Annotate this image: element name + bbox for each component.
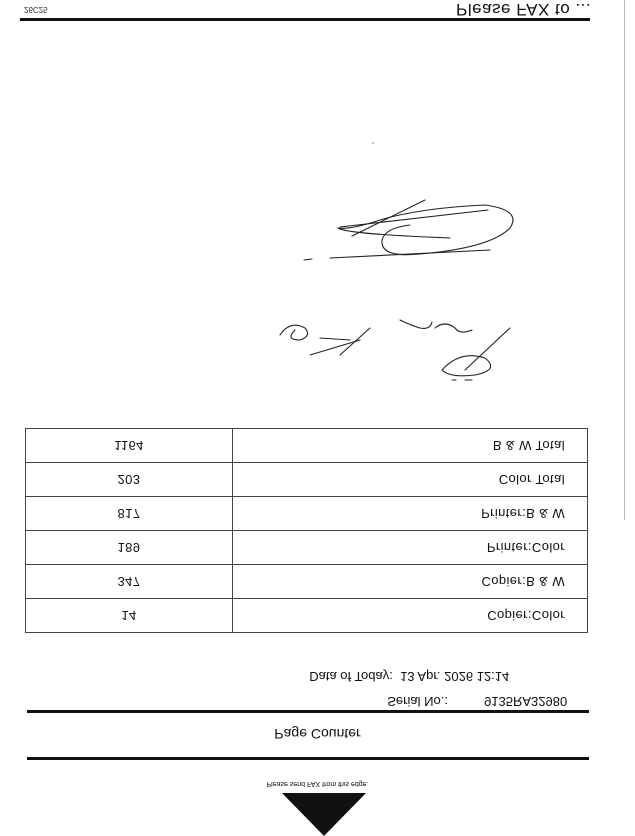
counter-value: 347 xyxy=(26,565,233,599)
header-rule xyxy=(20,18,590,21)
title-rule-bottom xyxy=(27,757,589,760)
title-rule-top xyxy=(27,710,589,713)
fax-to-label: Please FAX to ... xyxy=(456,0,591,18)
counter-label: Color Total xyxy=(233,463,588,497)
counter-label: Copier:B & W xyxy=(233,565,588,599)
page-title: Page Counter xyxy=(0,726,635,742)
table-row: 189 Printer:Color xyxy=(26,531,588,565)
document-code-text: 26C25 xyxy=(24,5,48,14)
counter-label: Printer:B & W xyxy=(233,497,588,531)
counter-value: 189 xyxy=(26,531,233,565)
scan-edge-line xyxy=(624,0,625,520)
table-row: 14 Copier:Color xyxy=(26,599,588,633)
table-row: 1164 B & W Total xyxy=(26,429,588,463)
table-row: 203 Color Total xyxy=(26,463,588,497)
counter-value: 817 xyxy=(26,497,233,531)
send-instruction: Please send FAX from this edge. xyxy=(0,780,635,787)
counter-value: 203 xyxy=(26,463,233,497)
serial-line: Serial No.: 9135RA32980 xyxy=(380,677,567,709)
table-row: 817 Printer:B & W xyxy=(26,497,588,531)
counter-label: Printer:Color xyxy=(233,531,588,565)
counter-label: Copier:Color xyxy=(233,599,588,633)
serial-label: Serial No.: xyxy=(387,694,448,709)
scan-speck xyxy=(372,142,374,144)
counter-label: B & W Total xyxy=(233,429,588,463)
table-row: 347 Copier:B & W xyxy=(26,565,588,599)
counter-value: 14 xyxy=(26,599,233,633)
handwritten-signature xyxy=(260,180,540,400)
page-counter-table: 1164 B & W Total 203 Color Total 817 Pri… xyxy=(25,428,588,633)
counter-value: 1164 xyxy=(26,429,233,463)
fax-to-text: Please FAX to ... xyxy=(456,0,591,18)
serial-value: 9135RA32980 xyxy=(484,694,567,709)
down-triangle-icon xyxy=(282,793,366,836)
document-code: 26C25 xyxy=(24,5,48,14)
